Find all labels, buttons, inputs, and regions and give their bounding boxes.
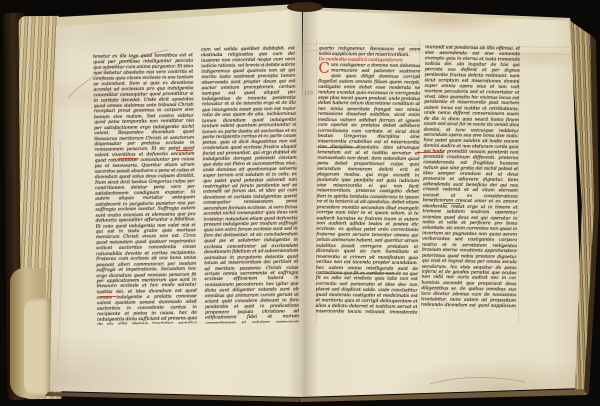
- column-text: murandi est ponderosa ab illis offensa. …: [421, 44, 520, 309]
- manuscript-photo: tenetur ex illa lege quod heredibus est …: [0, 0, 600, 406]
- body-text: um castigamur a domino non debemus murmu…: [315, 62, 420, 314]
- left-page-column-2: cum vel valida quelibet dubitabit. est o…: [201, 45, 299, 323]
- left-page-column-1: tenetur ex illa lege quod heredibus est …: [93, 52, 197, 325]
- red-underline: [100, 296, 116, 297]
- red-underline: [318, 147, 358, 148]
- margin-folio-mark: 116: [304, 90, 313, 96]
- column-text: cum vel valida quelibet dubitabit. est o…: [201, 45, 299, 323]
- lombard-initial: C: [318, 62, 330, 74]
- column-text: tenetur ex illa lege quod heredibus est …: [93, 52, 197, 325]
- right-page-column-2: murandi est ponderosa ab illis offensa. …: [421, 44, 520, 309]
- red-underline: [318, 273, 396, 274]
- red-underline: [417, 152, 443, 153]
- red-underline: [176, 150, 193, 151]
- red-underline: [118, 158, 138, 159]
- red-underline: [443, 203, 461, 204]
- intro-text: quarto indignemur. Remissum est enim nob…: [319, 45, 421, 57]
